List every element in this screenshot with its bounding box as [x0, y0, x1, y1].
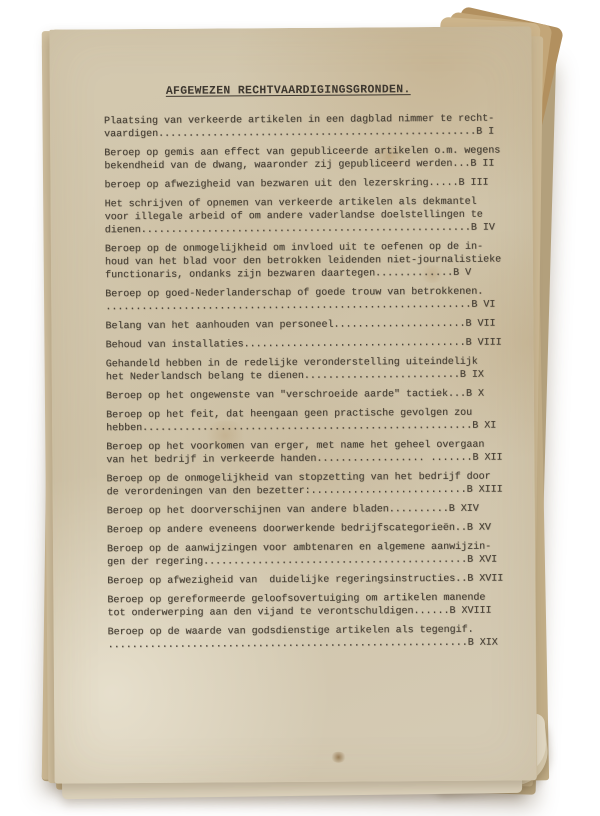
- list-entry: Beroep op goed-Nederlanderschap of goede…: [105, 285, 513, 314]
- list-entry: Beroep op de waarde van godsdienstige ar…: [108, 623, 516, 652]
- list-entry: Belang van het aanhouden van personeel..…: [105, 317, 513, 333]
- list-entry: Plaatsing van verkeerde artikelen in een…: [104, 112, 512, 141]
- list-entry: Beroep op de aanwijzingen voor ambtenare…: [107, 540, 515, 569]
- list-entry: Het schrijven of opnemen van verkeerde a…: [105, 195, 513, 237]
- document-title: AFGEWEZEN RECHTVAARDIGINGSGRONDEN.: [166, 82, 512, 97]
- list-entry: Behoud van installaties.................…: [106, 336, 514, 352]
- list-entry: Beroep op andere eveneens doorwerkende b…: [107, 521, 515, 537]
- list-entry: Beroep op afwezigheid van duidelijke reg…: [107, 572, 515, 588]
- list-entry: Beroep op het doorverschijnen van andere…: [107, 502, 515, 518]
- list-entry: Beroep op de onmogelijkheid om invloed u…: [105, 240, 513, 282]
- list-entry: Beroep op de onmogelijkheid van stopzett…: [106, 470, 514, 499]
- list-entry: Beroep op het voorkomen van erger, met n…: [106, 438, 514, 467]
- list-entry: Gehandeld hebben in de redelijke veronde…: [106, 355, 514, 384]
- photo-background: AFGEWEZEN RECHTVAARDIGINGSGRONDEN. Plaat…: [0, 0, 600, 816]
- list-entry: beroep op afwezigheid van bezwaren uit d…: [104, 176, 512, 192]
- list-entry: Beroep op gemis aan effect van gepublice…: [104, 144, 512, 173]
- document-content: AFGEWEZEN RECHTVAARDIGINGSGRONDEN. Plaat…: [104, 82, 516, 658]
- list-entry: Beroep op het feit, dat heengaan geen pr…: [106, 406, 514, 435]
- document-page: AFGEWEZEN RECHTVAARDIGINGSGRONDEN. Plaat…: [49, 26, 536, 783]
- list-entry: Beroep op het ongewenste van "verschroei…: [106, 387, 514, 403]
- paper-stain: [330, 752, 346, 763]
- list-entry: Beroep op gereformeerde geloofsovertuigi…: [107, 591, 515, 620]
